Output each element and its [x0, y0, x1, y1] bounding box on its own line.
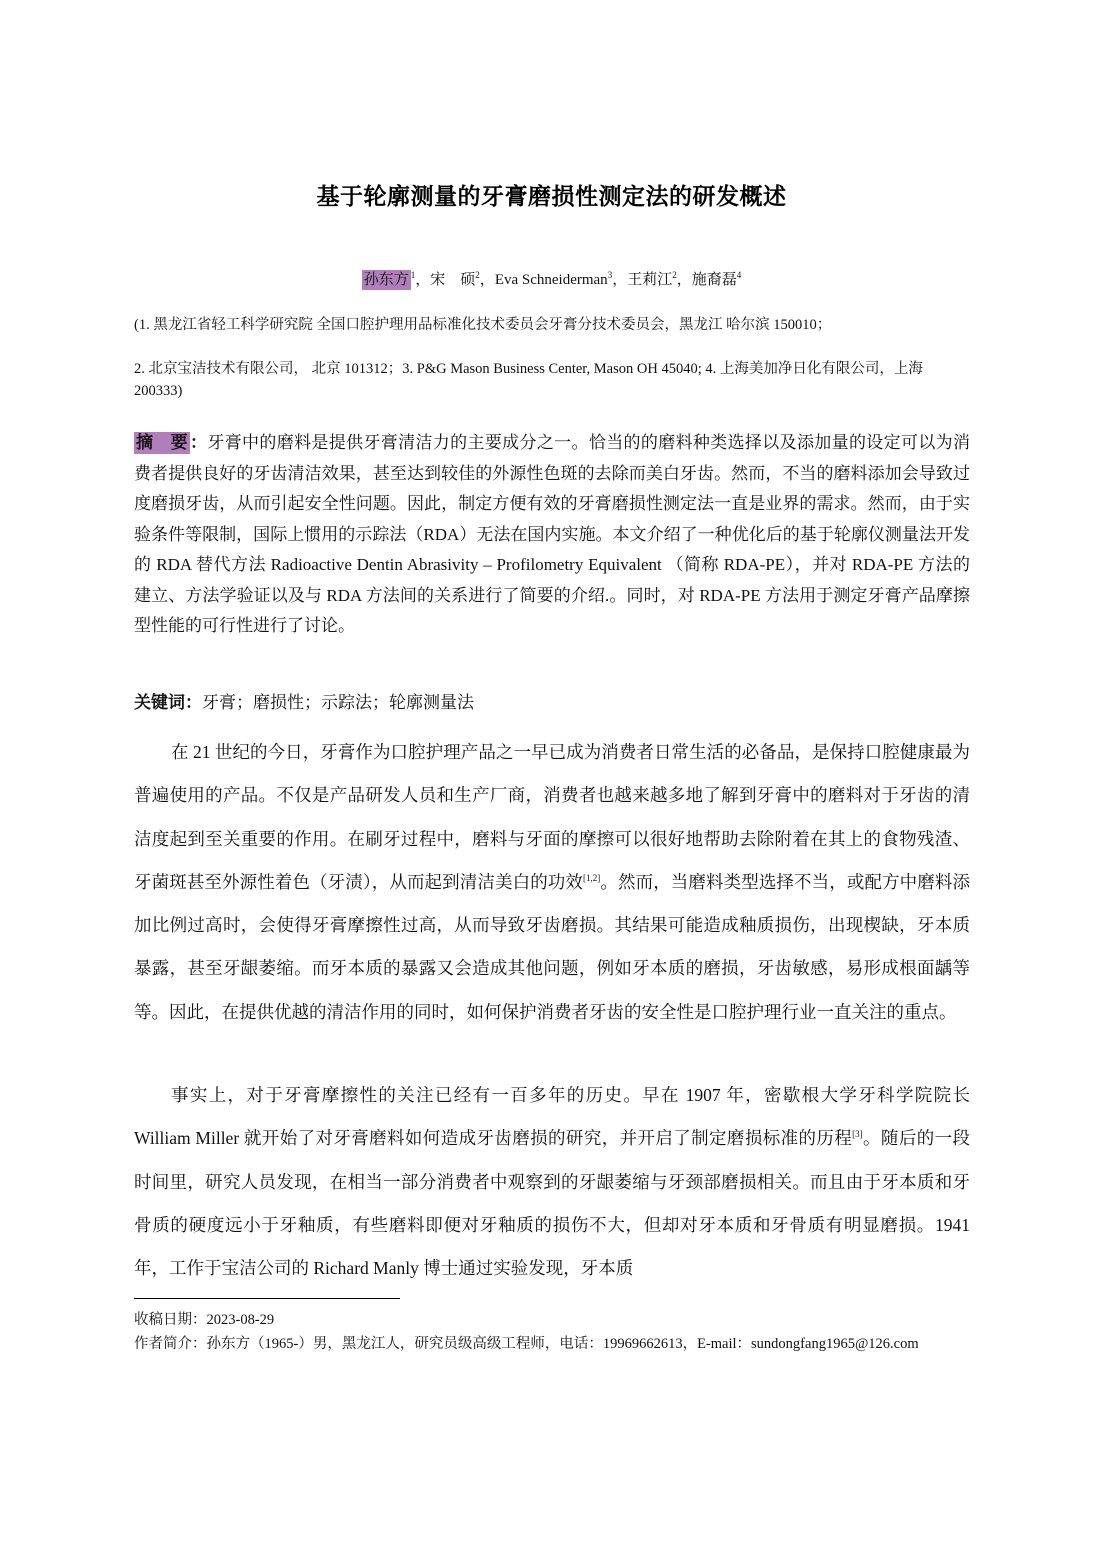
author-name: 宋 硕: [430, 272, 475, 288]
author-name: 施裔磊: [692, 272, 737, 288]
body-paragraph-1: 在 21 世纪的今日，牙膏作为口腔护理产品之一早已成为消费者日常生活的必备品，是…: [134, 731, 970, 1034]
body-paragraph-2: 事实上，对于牙膏摩擦性的关注已经有一百多年的历史。早在 1907 年，密歇根大学…: [134, 1074, 970, 1290]
keywords-text: 牙膏；磨损性；示踪法；轮廓测量法: [202, 693, 474, 712]
paper-page: 基于轮廓测量的牙膏磨损性测定法的研发概述 孙东方1，宋 硕2，Eva Schne…: [0, 0, 1103, 1559]
author-list: 孙东方1，宋 硕2，Eva Schneiderman3，王莉江2，施裔磊4: [0, 268, 1103, 289]
author-name: 王莉江: [627, 272, 672, 288]
citation-ref[interactable]: [3]: [852, 1129, 863, 1139]
affiliation-line-1: (1. 黑龙江省轻工科学研究院 全国口腔护理用品标准化技术委员会牙膏分技术委员会…: [134, 314, 970, 336]
citation-ref[interactable]: [1,2]: [583, 873, 600, 883]
keywords-label: 关键词：: [134, 693, 202, 713]
abstract-label[interactable]: 摘 要: [134, 432, 190, 454]
footnote-author-bio: 作者简介：孙东方（1965-）男，黑龙江人，研究员级高级工程师，电话：19969…: [134, 1334, 974, 1354]
paper-title: 基于轮廓测量的牙膏磨损性测定法的研发概述: [0, 178, 1103, 211]
abstract-text: 牙膏中的磨料是提供牙膏清洁力的主要成分之一。恰当的的磨料种类选择以及添加量的设定…: [134, 433, 970, 635]
footnote-divider: [134, 1298, 400, 1299]
keywords: 关键词：牙膏；磨损性；示踪法；轮廓测量法: [134, 688, 970, 713]
affiliation-line-2: 2. 北京宝洁技术有限公司， 北京 101312；3. P&G Mason Bu…: [134, 358, 970, 402]
author-name: Eva Schneiderman: [495, 272, 608, 288]
abstract: 摘 要：牙膏中的磨料是提供牙膏清洁力的主要成分之一。恰当的的磨料种类选择以及添加…: [134, 428, 970, 642]
author-name-highlighted[interactable]: 孙东方: [362, 270, 411, 290]
footnote-received-date: 收稿日期：2023-08-29: [134, 1310, 974, 1330]
